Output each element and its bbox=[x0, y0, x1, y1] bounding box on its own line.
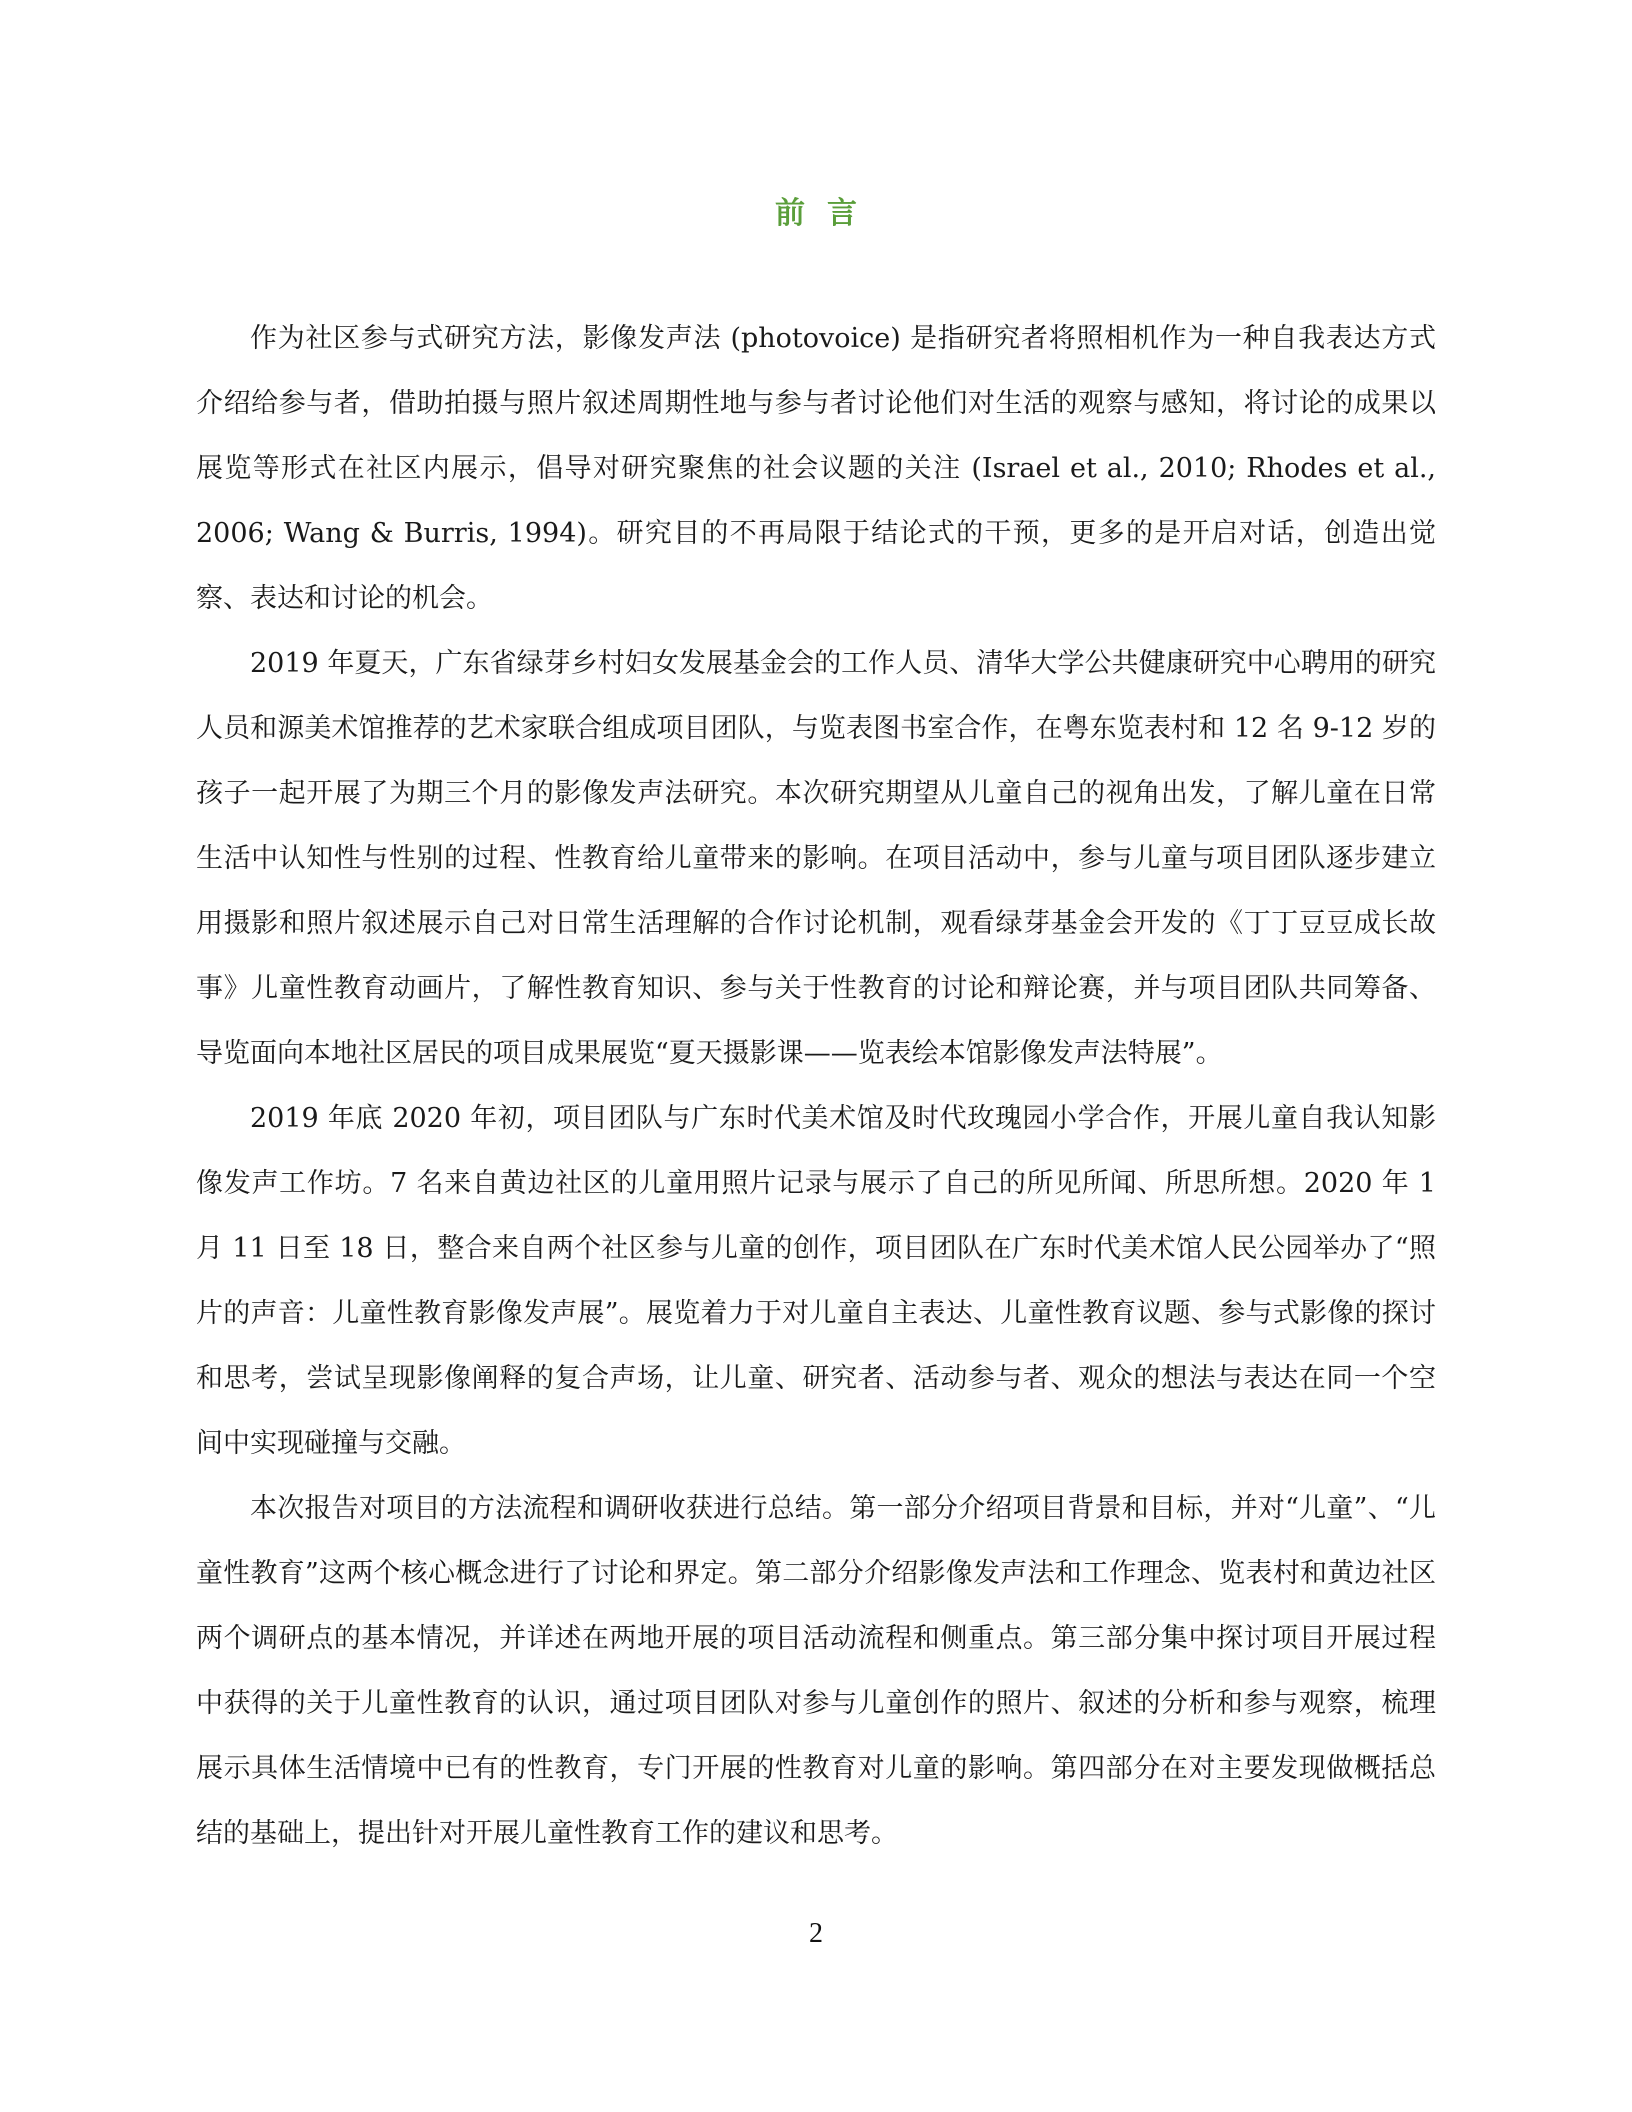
page-title: 前言 bbox=[0, 192, 1632, 236]
page-number: 2 bbox=[0, 1918, 1632, 1950]
document-page: 前言 作为社区参与式研究方法，影像发声法 (photovoice) 是指研究者将… bbox=[0, 0, 1632, 2112]
body-text: 作为社区参与式研究方法，影像发声法 (photovoice) 是指研究者将照相机… bbox=[196, 306, 1436, 1866]
paragraph-2019-summer-project: 2019 年夏天，广东省绿芽乡村妇女发展基金会的工作人员、清华大学公共健康研究中… bbox=[196, 631, 1436, 1086]
paragraph-photovoice-intro: 作为社区参与式研究方法，影像发声法 (photovoice) 是指研究者将照相机… bbox=[196, 306, 1436, 631]
paragraph-report-structure: 本次报告对项目的方法流程和调研收获进行总结。第一部分介绍项目背景和目标，并对“儿… bbox=[196, 1476, 1436, 1866]
paragraph-2020-exhibition: 2019 年底 2020 年初，项目团队与广东时代美术馆及时代玫瑰园小学合作，开… bbox=[196, 1086, 1436, 1476]
